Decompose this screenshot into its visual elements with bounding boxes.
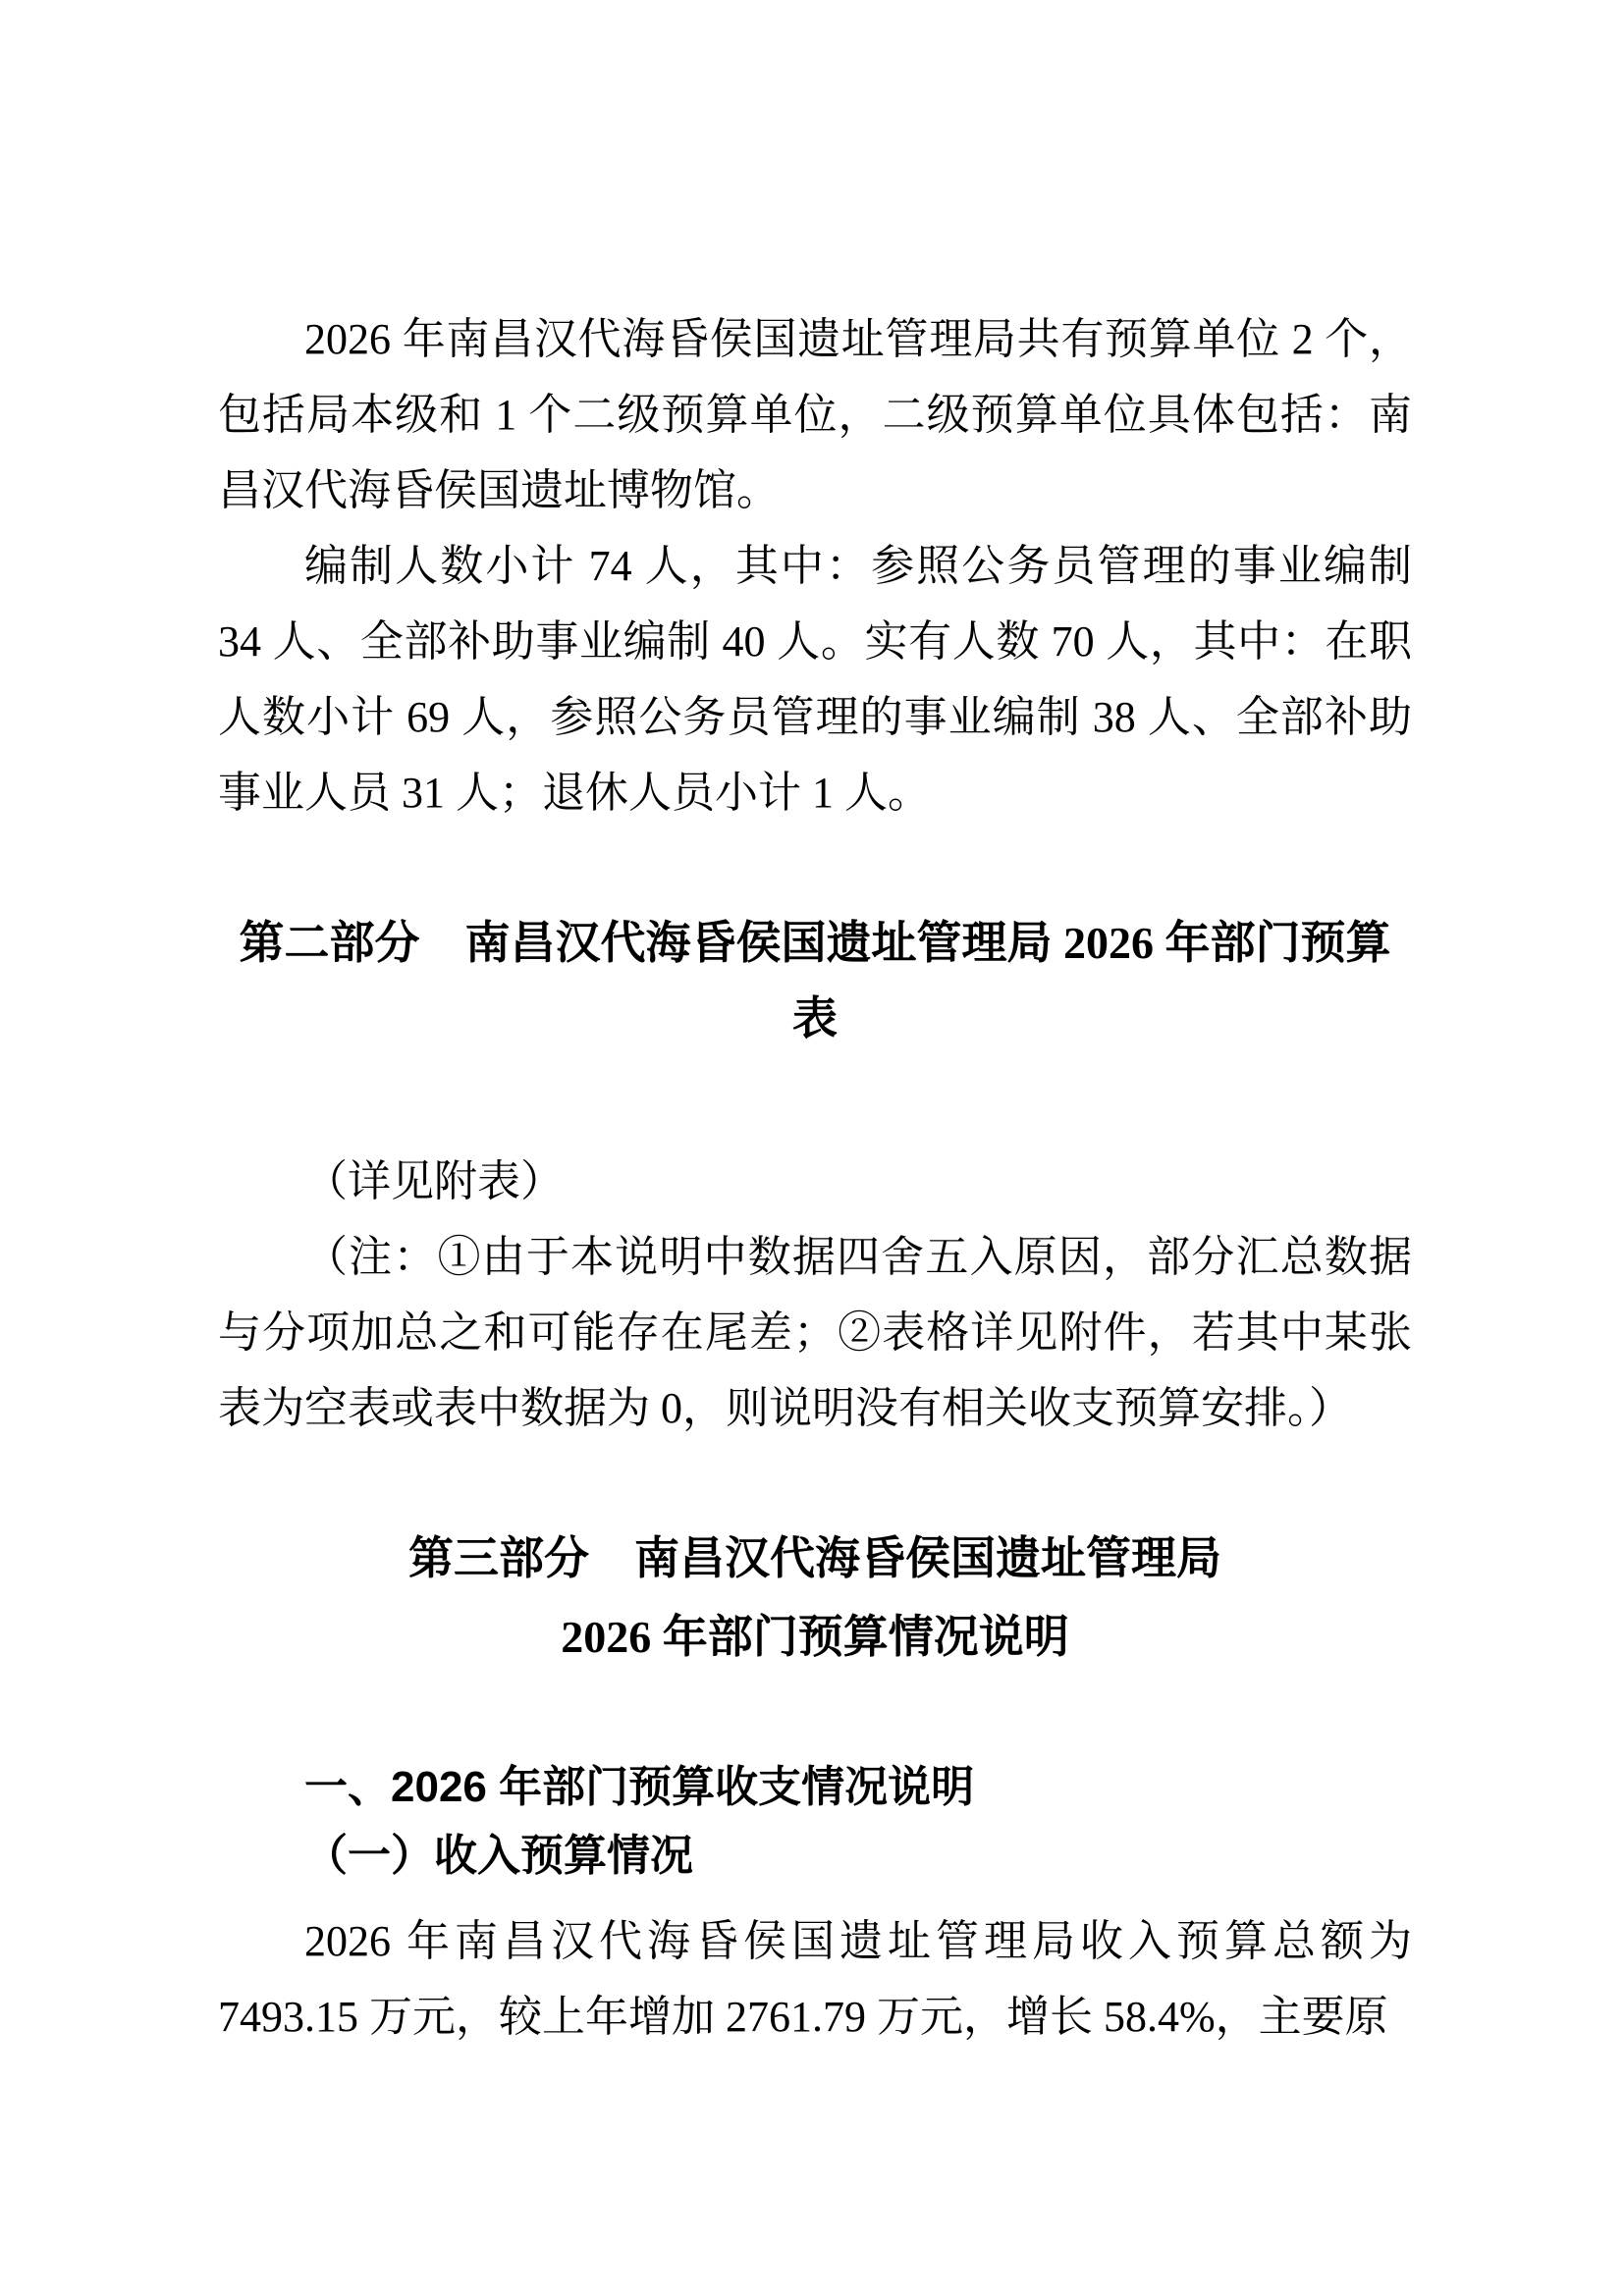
rounding-note: （注：①由于本说明中数据四舍五入原因，部分汇总数据与分项加总之和可能存在尾差；②… xyxy=(218,1219,1412,1446)
see-attached-note: （详见附表） xyxy=(218,1144,1412,1219)
paragraph-staffing: 编制人数小计 74 人，其中：参照公务员管理的事业编制 34 人、全部补助事业编… xyxy=(218,528,1412,830)
document-content: 2026 年南昌汉代海昏侯国遗址管理局共有预算单位 2 个，包括局本级和 1 个… xyxy=(218,0,1412,2055)
document-page: 2026 年南昌汉代海昏侯国遗址管理局共有预算单位 2 个，包括局本级和 1 个… xyxy=(0,0,1624,2296)
section-heading-budget-overview: 一、2026 年部门预算收支情况说明 xyxy=(218,1753,1412,1822)
part3-heading: 第三部分 南昌汉代海昏侯国遗址管理局 2026 年部门预算情况说明 xyxy=(218,1520,1412,1677)
part3-heading-line1: 第三部分 南昌汉代海昏侯国遗址管理局 xyxy=(218,1520,1412,1598)
subsection-heading-revenue-budget: （一）收入预算情况 xyxy=(218,1822,1412,1891)
paragraph-org-units: 2026 年南昌汉代海昏侯国遗址管理局共有预算单位 2 个，包括局本级和 1 个… xyxy=(218,301,1412,528)
paragraph-revenue-budget: 2026 年南昌汉代海昏侯国遗址管理局收入预算总额为 7493.15 万元，较上… xyxy=(218,1903,1412,2055)
part3-heading-line2: 2026 年部门预算情况说明 xyxy=(218,1598,1412,1677)
part2-heading: 第二部分 南昌汉代海昏侯国遗址管理局 2026 年部门预算表 xyxy=(218,905,1412,1056)
